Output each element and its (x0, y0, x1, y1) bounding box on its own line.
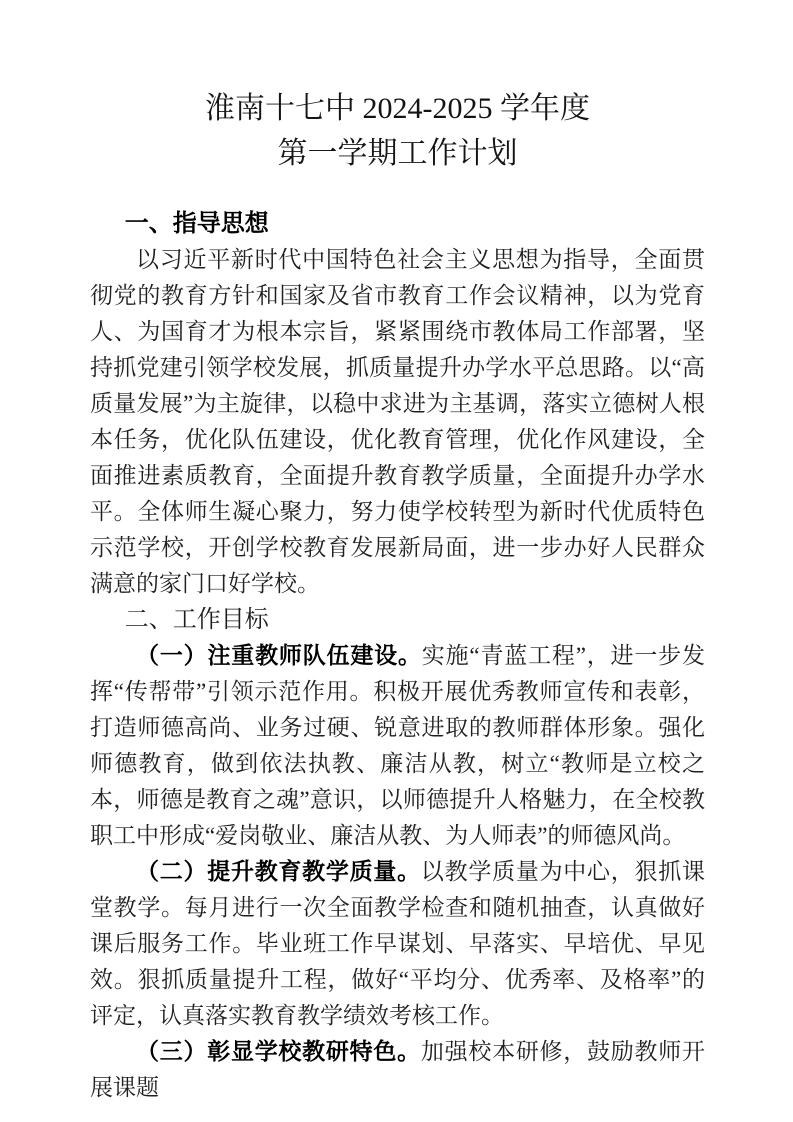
goal-1-lead: （一）注重教师队伍建设。 (136, 643, 422, 668)
document-title: 淮南十七中 2024-2025 学年度 第一学期工作计划 (90, 86, 705, 176)
section-heading-work-goals: 二、工作目标 (90, 602, 705, 638)
goal-2-text: 以教学质量为中心，狠抓课堂教学。每月进行一次全面教学检查和随机抽查，认真做好课后… (90, 859, 705, 1028)
title-line-2: 第一学期工作计划 (90, 131, 705, 176)
goal-paragraph-3: （三）彰显学校教研特色。加强校本研修，鼓励教师开展课题 (90, 1034, 705, 1106)
title-line-1: 淮南十七中 2024-2025 学年度 (90, 86, 705, 131)
goal-paragraph-1: （一）注重教师队伍建设。实施“青蓝工程”，进一步发挥“传帮带”引领示范作用。积极… (90, 638, 705, 854)
paragraph-guiding-ideology: 以习近平新时代中国特色社会主义思想为指导，全面贯彻党的教育方针和国家及省市教育工… (90, 242, 705, 602)
goal-2-lead: （二）提升教育教学质量。 (136, 859, 421, 884)
document-page: 淮南十七中 2024-2025 学年度 第一学期工作计划 一、指导思想 以习近平… (0, 0, 793, 1122)
goal-paragraph-2: （二）提升教育教学质量。以教学质量为中心，狠抓课堂教学。每月进行一次全面教学检查… (90, 854, 705, 1034)
section-heading-guiding-ideology: 一、指导思想 (90, 206, 705, 242)
goal-1-text: 实施“青蓝工程”，进一步发挥“传帮带”引领示范作用。积极开展优秀教师宣传和表彰，… (90, 643, 705, 848)
goal-3-lead: （三）彰显学校教研特色。 (136, 1039, 421, 1064)
document-body: 一、指导思想 以习近平新时代中国特色社会主义思想为指导，全面贯彻党的教育方针和国… (90, 206, 705, 1106)
